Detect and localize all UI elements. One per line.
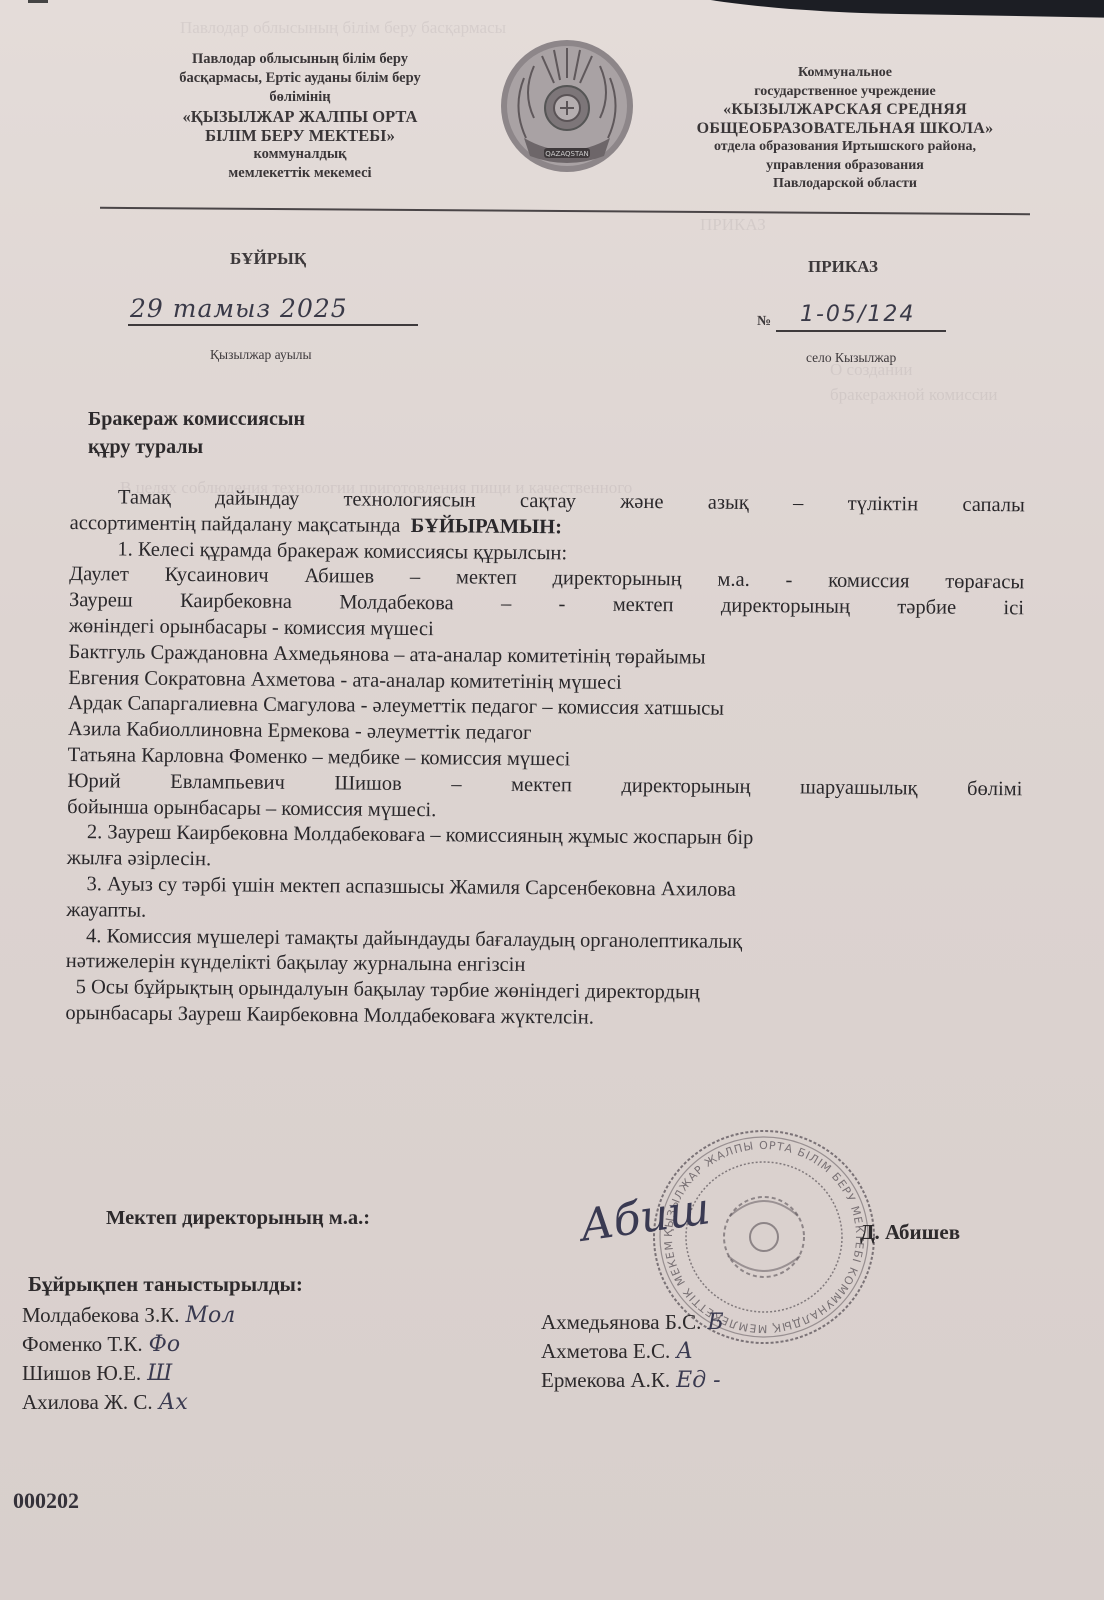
number-underline [776, 330, 946, 332]
acknowledgement-row: Шишов Ю.Е. Ш [22, 1359, 235, 1388]
handwritten-order-number: 1-05/124 [800, 302, 915, 327]
acknowledgement-row: Ахилова Ж. С. Ах [22, 1388, 235, 1417]
handwritten-signature: Мол [185, 1301, 235, 1330]
photo-shadow [640, 0, 1104, 19]
order-subject: Бракераж комиссиясын құру туралы [88, 405, 305, 461]
acknowledgement-title: Бұйрықпен таныстырылды: [28, 1272, 303, 1297]
document-page: Павлодар облысының білім беру басқармасы… [0, 0, 1104, 1600]
date-underline [128, 324, 418, 326]
handwritten-signature: Ш [147, 1359, 172, 1388]
ack-name: Ахметова Е.С. [541, 1337, 670, 1366]
ack-name: Молдабекова З.К. [22, 1301, 179, 1330]
handwritten-date: 29 тамыз 2025 [130, 294, 348, 323]
header-kz-line: Павлодар облысының білім беру [120, 50, 480, 69]
page-corner-mark [28, 0, 48, 3]
acknowledgement-row: Ахметова Е.С. А [541, 1337, 724, 1366]
header-ru-line: Павлодарской области [660, 175, 1030, 194]
bleed-through-text: бракеражной комиссии [830, 385, 998, 405]
director-title: Мектеп директорының м.а.: [106, 1207, 370, 1230]
place-ru: село Кызылжар [806, 350, 896, 366]
handwritten-signature: А [676, 1337, 693, 1366]
subject-line: құру туралы [88, 433, 305, 461]
subject-line: Бракераж комиссиясын [88, 405, 305, 433]
acknowledgement-list-right: Ахмедьянова Б.С. Б Ахметова Е.С. А Ермек… [541, 1308, 724, 1395]
ack-name: Ахилова Ж. С. [22, 1388, 153, 1417]
kazakhstan-emblem-icon: QAZAQSTAN [494, 38, 640, 174]
header-ru-line: государственное учреждение [660, 83, 1030, 102]
svg-text:QAZAQSTAN: QAZAQSTAN [545, 150, 588, 158]
acknowledgement-row: Ахмедьянова Б.С. Б [541, 1308, 724, 1337]
acknowledgement-list-left: Молдабекова З.К. Мол Фоменко Т.К. Фо Шиш… [22, 1301, 235, 1417]
director-name: Д. Абишев [860, 1220, 960, 1245]
school-name-kz: БІЛІМ БЕРУ МЕКТЕБІ» [120, 126, 480, 145]
place-kz: Қызылжар ауылы [210, 347, 312, 363]
document-serial-number: 000202 [13, 1488, 79, 1514]
header-kz-line: бөлімінің [120, 88, 480, 107]
header-ru-line: отдела образования Иртышского района, [660, 138, 1030, 157]
header-kz-line: коммуналдық [120, 145, 480, 164]
header-ru-line: Коммунальное [660, 64, 1030, 83]
number-label: № [757, 314, 771, 330]
order-word: БҰЙЫРАМЫН: [411, 515, 563, 538]
school-name-kz: «ҚЫЗЫЛЖАР ЖАЛПЫ ОРТА [120, 107, 480, 126]
handwritten-signature: Фо [149, 1330, 181, 1359]
header-kz-line: басқармасы, Ертіс ауданы білім беру [120, 69, 480, 88]
order-title-kz: БҰЙРЫҚ [230, 249, 306, 269]
bleed-through-text: ПРИКАЗ [700, 215, 766, 235]
ack-name: Фоменко Т.К. [22, 1330, 143, 1359]
header-left-kz: Павлодар облысының білім беру басқармасы… [120, 50, 480, 183]
ack-name: Ахмедьянова Б.С. [541, 1308, 701, 1337]
ack-name: Ермекова А.К. [541, 1366, 670, 1395]
bleed-through-text: Павлодар облысының білім беру басқармасы [180, 18, 506, 38]
handwritten-signature: Б [707, 1308, 723, 1337]
order-title-ru: ПРИКАЗ [808, 257, 878, 277]
intro-text: ассортиментің пайдалану мақсатында [70, 512, 401, 537]
handwritten-signature: Ах [159, 1388, 188, 1417]
ack-name: Шишов Ю.Е. [22, 1359, 141, 1388]
header-right-ru: Коммунальное государственное учреждение … [660, 64, 1030, 194]
order-body: Тамақ дайындау технологиясын сақтау және… [65, 485, 1025, 1035]
school-name-ru: «КЫЗЫЛЖАРСКАЯ СРЕДНЯЯ [660, 101, 1030, 120]
school-name-ru: ОБЩЕОБРАЗОВАТЕЛЬНАЯ ШКОЛА» [660, 120, 1030, 139]
handwritten-signature: Ед - [676, 1366, 720, 1395]
acknowledgement-row: Фоменко Т.К. Фо [22, 1330, 235, 1359]
header-divider [100, 207, 1030, 215]
header-kz-line: мемлекеттік мекемесі [120, 164, 480, 183]
header-ru-line: управления образования [660, 157, 1030, 176]
acknowledgement-row: Молдабекова З.К. Мол [22, 1301, 235, 1330]
acknowledgement-row: Ермекова А.К. Ед - [541, 1366, 724, 1395]
